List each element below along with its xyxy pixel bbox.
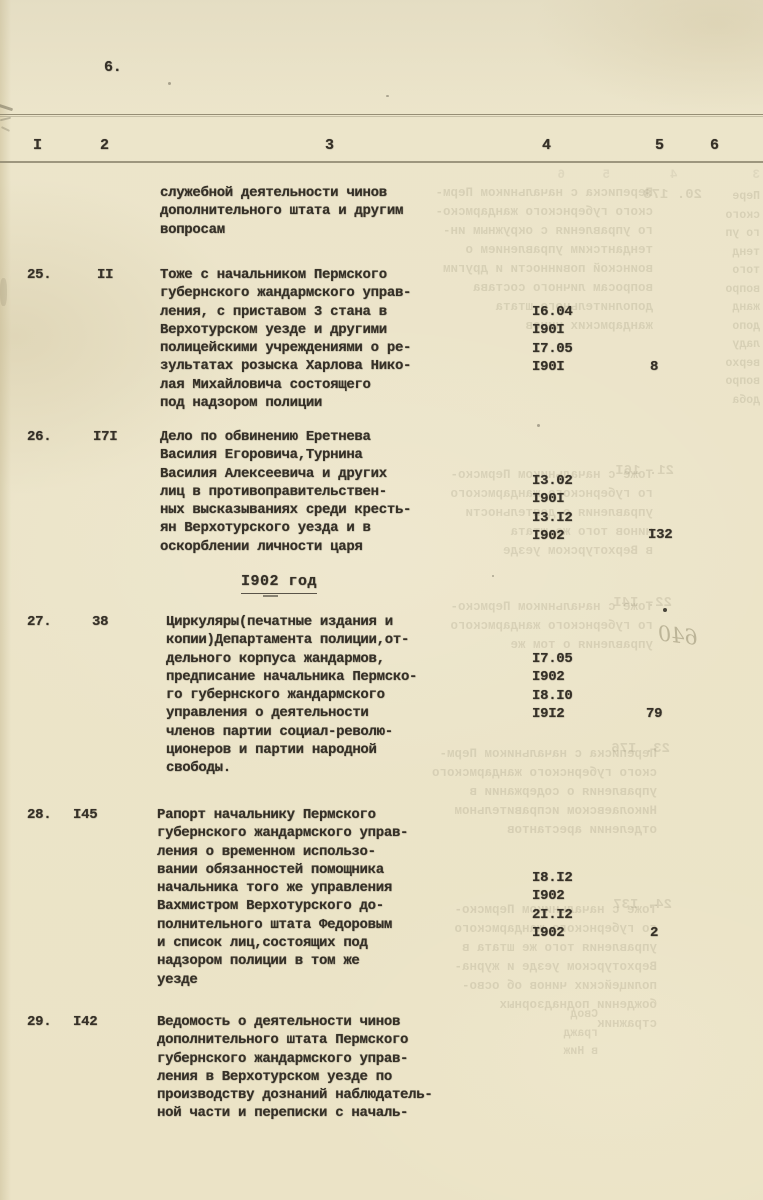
bleedthrough-fragment: Свод гражд в Ниж bbox=[538, 1006, 598, 1062]
year-heading: I902 год bbox=[241, 572, 317, 594]
entry-dates: I7.05 I902 I8.I0 I9I2 bbox=[532, 650, 573, 723]
entry-number: 26. bbox=[27, 428, 51, 446]
entry-description: Дело по обвинению Еретнева Василия Егоро… bbox=[160, 428, 411, 556]
bleedthrough-fragment: Пере ского го уп тенд того вопро жанд до… bbox=[702, 188, 760, 410]
entry-sheet-count: I32 bbox=[648, 526, 672, 544]
table-rule-bottom bbox=[0, 161, 763, 163]
paper-tear-mark bbox=[0, 117, 11, 122]
entry-sheet-count: 79 bbox=[646, 705, 662, 723]
carryover-text: служебной деятельности чинов дополнитель… bbox=[160, 184, 403, 239]
entry-doc-number: I7I bbox=[93, 428, 117, 446]
entry-number: 28. bbox=[27, 806, 51, 824]
entry-description: Ведомость о деятельности чинов дополните… bbox=[157, 1013, 432, 1123]
entry-dates: I3.02 I90I I3.I2 I902 bbox=[532, 472, 573, 545]
entry-doc-number: 38 bbox=[92, 613, 108, 631]
column-header-5: 5 bbox=[655, 136, 664, 155]
entry-dates: I6.04 I90I I7.05 I90I bbox=[532, 303, 573, 376]
ink-speck bbox=[537, 424, 540, 427]
bleedthrough-header-echo: 3 4 5 6 bbox=[330, 166, 760, 185]
column-header-1: I bbox=[33, 136, 42, 155]
entry-doc-number: I45 bbox=[73, 806, 97, 824]
entry-dates: I8.I2 I902 2I.I2 I902 bbox=[532, 869, 573, 942]
edge-smudge bbox=[0, 278, 7, 306]
entry-number: 27. bbox=[27, 613, 51, 631]
ink-speck bbox=[386, 95, 389, 97]
column-header-6: 6 bbox=[710, 136, 719, 155]
entry-sheet-count: 8 bbox=[650, 358, 658, 376]
ink-speck bbox=[492, 575, 494, 577]
paper-tear-mark bbox=[1, 126, 10, 132]
archive-page: 20. 178 Переписка с начальником Перм- ск… bbox=[0, 0, 763, 1200]
column-header-3: 3 bbox=[325, 136, 334, 155]
entry-doc-number: II bbox=[97, 266, 113, 284]
entry-number: 25. bbox=[27, 266, 51, 284]
entry-number: 29. bbox=[27, 1013, 51, 1031]
entry-doc-number: I42 bbox=[73, 1013, 97, 1031]
ink-speck bbox=[168, 82, 171, 85]
year-heading-underline-dash bbox=[263, 595, 278, 597]
entry-description: Тоже с начальником Пермского губернского… bbox=[160, 266, 411, 412]
table-rule-top bbox=[0, 114, 763, 117]
entry-sheet-count: 2 bbox=[650, 924, 658, 942]
bleedthrough-fragment: Переписка с начальником Перм- ского губе… bbox=[455, 745, 657, 840]
entry-description: Рапорт начальнику Пермского губернского … bbox=[157, 806, 408, 989]
page-number: 6. bbox=[104, 58, 121, 77]
column-header-4: 4 bbox=[542, 136, 551, 155]
ink-speck bbox=[663, 608, 667, 612]
paper-tear-mark bbox=[0, 104, 13, 111]
entry-description: Циркуляры(печатные издания и копии)Депар… bbox=[166, 613, 417, 778]
column-header-2: 2 bbox=[100, 136, 109, 155]
